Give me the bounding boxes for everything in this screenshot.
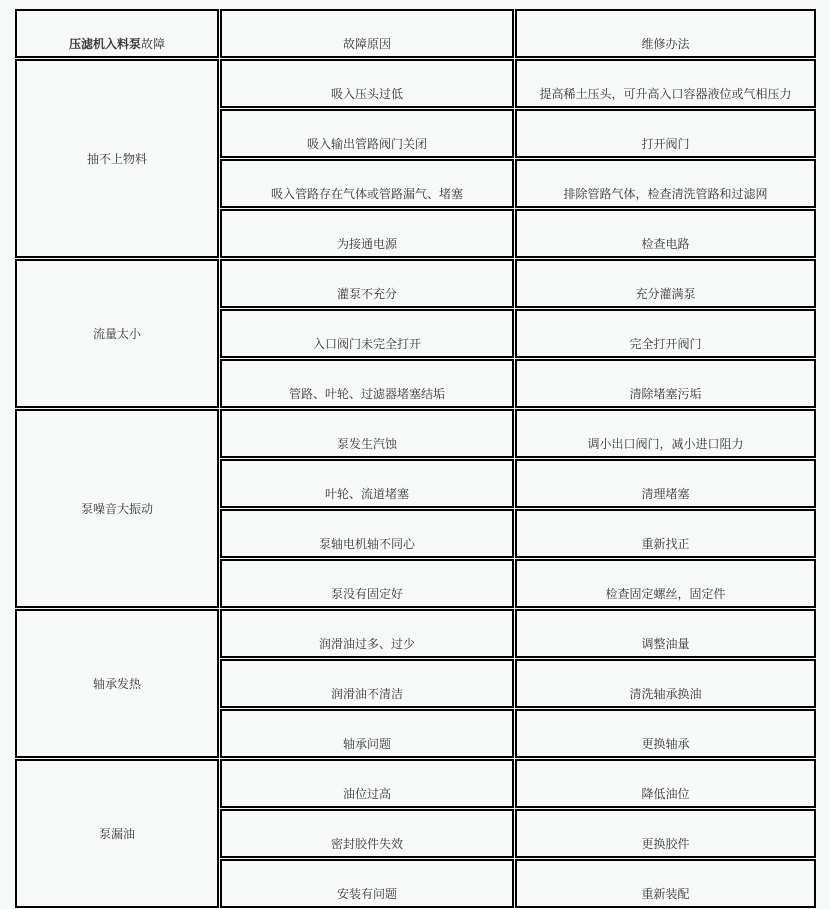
fault-remedy: 更换轴承	[515, 709, 816, 758]
fault-remedy: 降低油位	[515, 759, 816, 808]
header-fault-bold: 压滤机入料泵	[69, 37, 141, 51]
table-row: 抽不上物料 吸入压头过低 提高稀土压头，可升高入口容器液位或气相压力	[15, 59, 816, 108]
header-cause: 故障原因	[220, 9, 514, 58]
table-row: 泵漏油 油位过高 降低油位	[15, 759, 816, 808]
fault-remedy: 清理堵塞	[515, 459, 816, 508]
fault-remedy: 清洗轴承换油	[515, 659, 816, 708]
fault-remedy: 完全打开阀门	[515, 309, 816, 358]
fault-cause: 灌泵不充分	[220, 259, 514, 308]
table-row: 流量太小 灌泵不充分 充分灌满泵	[15, 259, 816, 308]
fault-remedy: 调整油量	[515, 609, 816, 658]
fault-cause: 润滑油不清洁	[220, 659, 514, 708]
fault-cause: 泵发生汽蚀	[220, 409, 514, 458]
fault-cause: 安装有问题	[220, 859, 514, 864]
fault-category: 泵噪音大振动	[15, 409, 219, 608]
fault-remedy: 检查固定螺丝，固定件	[515, 559, 816, 608]
fault-cause: 叶轮、流道堵塞	[220, 459, 514, 508]
table-row: 泵噪音大振动 泵发生汽蚀 调小出口阀门，减小进口阻力	[15, 409, 816, 458]
fault-cause: 泵轴电机轴不同心	[220, 509, 514, 558]
fault-cause: 吸入管路存在气体或管路漏气、堵塞	[220, 159, 514, 208]
fault-cause: 油位过高	[220, 759, 514, 808]
fault-cause: 管路、叶轮、过滤器堵塞结垢	[220, 359, 514, 408]
fault-table-container: 压滤机入料泵故障 故障原因 维修办法 抽不上物料 吸入压头过低 提高稀土压头，可…	[14, 8, 817, 864]
fault-cause: 轴承问题	[220, 709, 514, 758]
fault-category: 轴承发热	[15, 609, 219, 758]
fault-category: 抽不上物料	[15, 59, 219, 258]
fault-remedy: 更换胶件	[515, 809, 816, 858]
table-row: 轴承发热 润滑油过多、过少 调整油量	[15, 609, 816, 658]
fault-table: 压滤机入料泵故障 故障原因 维修办法 抽不上物料 吸入压头过低 提高稀土压头，可…	[14, 8, 817, 864]
fault-remedy: 重新装配	[515, 859, 816, 864]
fault-cause: 入口阀门未完全打开	[220, 309, 514, 358]
header-fault-normal: 故障	[141, 37, 165, 51]
table-header-row: 压滤机入料泵故障 故障原因 维修办法	[15, 9, 816, 58]
fault-remedy: 重新找正	[515, 509, 816, 558]
fault-cause: 润滑油过多、过少	[220, 609, 514, 658]
fault-remedy: 调小出口阀门，减小进口阻力	[515, 409, 816, 458]
fault-cause: 吸入压头过低	[220, 59, 514, 108]
fault-remedy: 排除管路气体，检查清洗管路和过滤网	[515, 159, 816, 208]
fault-category: 泵漏油	[15, 759, 219, 864]
fault-cause: 为接通电源	[220, 209, 514, 258]
fault-remedy: 清除堵塞污垢	[515, 359, 816, 408]
fault-remedy: 打开阀门	[515, 109, 816, 158]
header-fault: 压滤机入料泵故障	[15, 9, 219, 58]
fault-cause: 吸入输出管路阀门关闭	[220, 109, 514, 158]
fault-category: 流量太小	[15, 259, 219, 408]
fault-cause: 泵没有固定好	[220, 559, 514, 608]
fault-remedy: 充分灌满泵	[515, 259, 816, 308]
header-remedy: 维修办法	[515, 9, 816, 58]
fault-remedy: 检查电路	[515, 209, 816, 258]
fault-remedy: 提高稀土压头，可升高入口容器液位或气相压力	[515, 59, 816, 108]
fault-cause: 密封胶件失效	[220, 809, 514, 858]
